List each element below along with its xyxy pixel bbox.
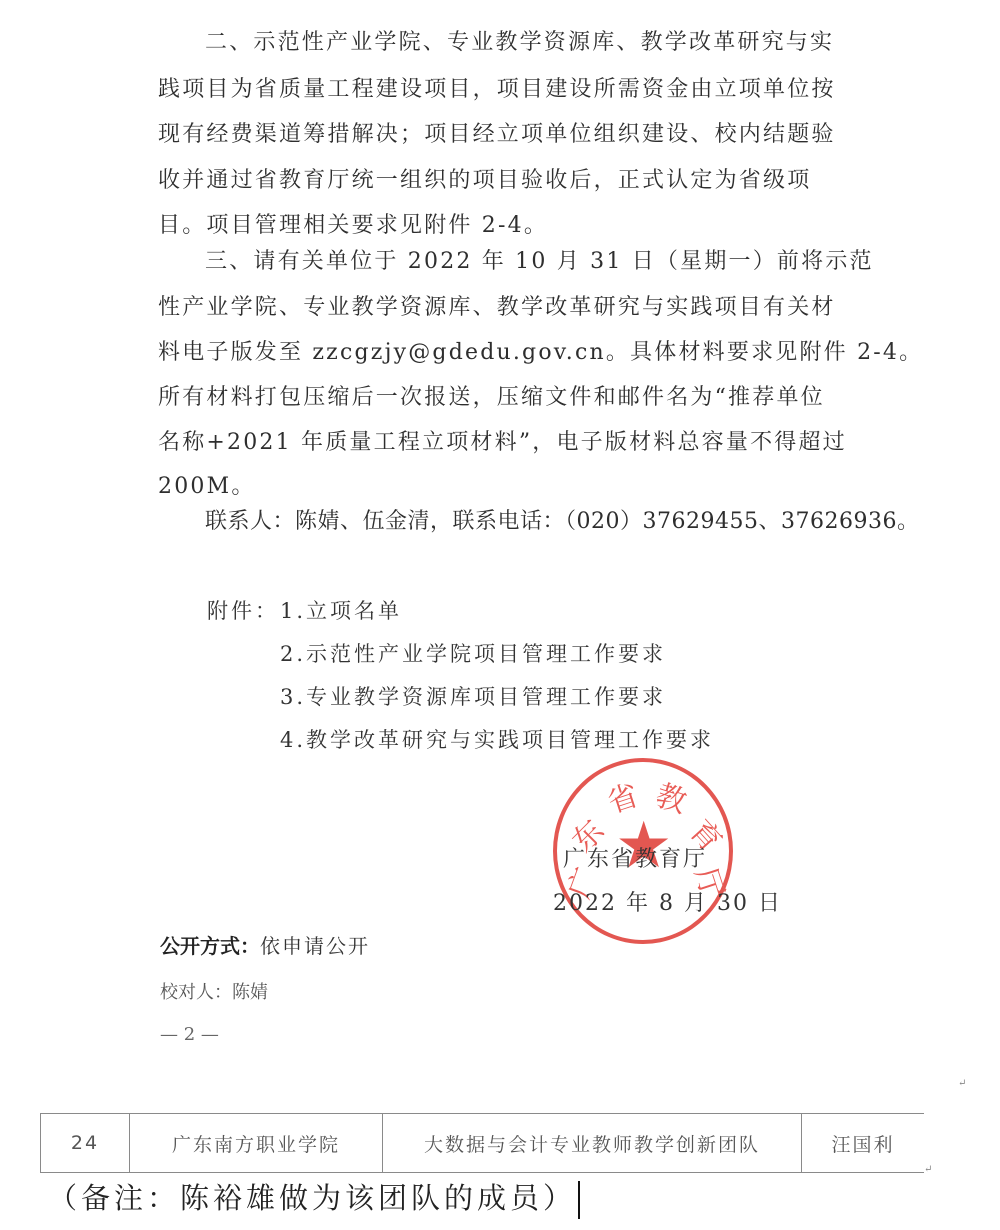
- paragraph-3-line-1: 三、请有关单位于 2022 年 10 月 31 日（星期一）前将示范: [205, 247, 885, 277]
- paragraph-mark-icon: ↵: [958, 1078, 966, 1089]
- cell-school: 广东南方职业学院: [130, 1114, 383, 1173]
- proofreader: 校对人：陈婧: [160, 978, 268, 1004]
- paragraph-2-line-5: 目。项目管理相关要求见附件 2-4。: [158, 211, 838, 241]
- paragraph-mark-icon: ↵: [924, 1164, 932, 1175]
- contact-line: 联系人：陈婧、伍金清，联系电话：（020）37629455、37626936。: [205, 507, 885, 537]
- publication-label: 公开方式：: [160, 934, 260, 958]
- paragraph-2-line-3: 现有经费渠道筹措解决；项目经立项单位组织建设、校内结题验: [158, 120, 838, 150]
- project-list-table: 24 广东南方职业学院 大数据与会计专业教师教学创新团队 汪国利: [40, 1113, 924, 1173]
- text-cursor: [578, 1181, 580, 1219]
- publication-value: 依申请公开: [260, 934, 370, 958]
- paragraph-3-line-4: 所有材料打包压缩后一次报送，压缩文件和邮件名为“推荐单位: [158, 383, 838, 413]
- cell-leader: 汪国利: [802, 1114, 925, 1173]
- cell-no: 24: [41, 1114, 130, 1173]
- publication-method: 公开方式：依申请公开: [160, 930, 370, 959]
- signature-date: 2022 年 8 月 30 日: [553, 886, 782, 917]
- attachment-item-2: 2.示范性产业学院项目管理工作要求: [280, 640, 666, 668]
- paragraph-3-line-3: 料电子版发至 zzcgzjy@gdedu.gov.cn。具体材料要求见附件 2-…: [158, 338, 838, 368]
- paragraph-3-line-5: 名称+2021 年质量工程立项材料”，电子版材料总容量不得超过: [158, 428, 838, 458]
- table-row: 24 广东南方职业学院 大数据与会计专业教师教学创新团队 汪国利: [41, 1114, 925, 1173]
- paragraph-2-line-4: 收并通过省教育厅统一组织的项目验收后，正式认定为省级项: [158, 166, 838, 196]
- paragraph-3-line-6: 200M。: [158, 472, 838, 502]
- attachment-item-3: 3.专业教学资源库项目管理工作要求: [280, 683, 666, 711]
- paragraph-2-line-1: 二、示范性产业学院、专业教学资源库、教学改革研究与实: [205, 28, 885, 58]
- note-text: （备注：陈裕雄做为该团队的成员）: [48, 1181, 576, 1215]
- signature-org: 广东省教育厅: [563, 842, 707, 873]
- document-page-scan: 二、示范性产业学院、专业教学资源库、教学改革研究与实 践项目为省质量工程建设项目…: [0, 0, 1000, 1080]
- attachment-item-1: 1.立项名单: [280, 597, 402, 625]
- cell-team: 大数据与会计专业教师教学创新团队: [383, 1114, 802, 1173]
- paragraph-2-line-2: 践项目为省质量工程建设项目，项目建设所需资金由立项单位按: [158, 75, 838, 105]
- attachment-item-4: 4.教学改革研究与实践项目管理工作要求: [280, 726, 714, 754]
- paragraph-3-line-2: 性产业学院、专业教学资源库、教学改革研究与实践项目有关材: [158, 293, 838, 323]
- note-line[interactable]: （备注：陈裕雄做为该团队的成员）: [48, 1176, 580, 1219]
- page-number: — 2 —: [160, 1024, 219, 1045]
- attachments-label: 附件：: [207, 597, 279, 625]
